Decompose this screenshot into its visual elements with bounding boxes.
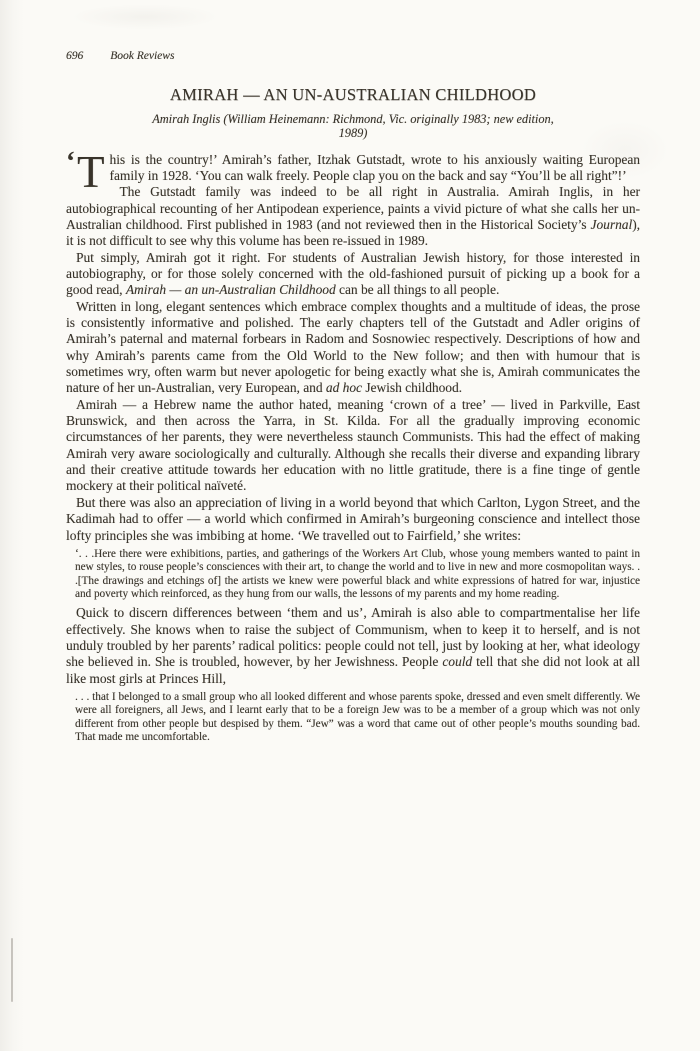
opening-paragraph: ‘This is the country!’ Amirah’s father, … — [66, 152, 640, 185]
scan-artifact-line — [11, 938, 13, 1002]
text-segment: Journal — [591, 217, 633, 232]
text-segment: his is the country!’ Amirah’s father, It… — [110, 152, 641, 183]
article-body: ‘This is the country!’ Amirah’s father, … — [66, 152, 640, 745]
text-segment: But there was also an appreciation of li… — [66, 495, 640, 543]
scan-smudge — [70, 4, 220, 30]
text-segment: ad hoc — [326, 380, 362, 395]
paragraph: Quick to discern differences between ‘th… — [66, 605, 640, 687]
paragraph: The Gutstadt family was indeed to be all… — [66, 184, 640, 249]
block-quote: ‘. . .Here there were exhibitions, parti… — [75, 548, 640, 601]
text-segment: Amirah — a Hebrew name the author hated,… — [66, 397, 640, 494]
scanned-page: 696 Book Reviews AMIRAH — AN UN-AUSTRALI… — [0, 0, 700, 1051]
paragraph: Written in long, elegant sentences which… — [66, 299, 640, 397]
text-segment: can be all things to all people. — [336, 282, 500, 297]
text-segment: . . . that I belonged to a small group w… — [75, 691, 640, 743]
scan-gutter-shadow — [0, 0, 24, 1051]
dropcap-letter: T — [76, 152, 110, 191]
text-segment: Jewish childhood. — [362, 380, 462, 395]
paragraph: Amirah — a Hebrew name the author hated,… — [66, 397, 640, 495]
text-segment: The Gutstadt family was indeed to be all… — [66, 184, 640, 232]
paragraph: But there was also an appreciation of li… — [66, 495, 640, 544]
text-segment: ‘. . .Here there were exhibitions, parti… — [75, 548, 640, 600]
text-segment: could — [442, 654, 472, 669]
citation-line-2: 1989) — [66, 127, 640, 141]
article-citation: Amirah Inglis (William Heinemann: Richmo… — [66, 113, 640, 141]
block-quote: . . . that I belonged to a small group w… — [75, 691, 640, 744]
text-segment: Amirah — an un-Australian Childhood — [126, 282, 336, 297]
page-number: 696 — [66, 50, 83, 63]
citation-line-1: Amirah Inglis (William Heinemann: Richmo… — [66, 113, 640, 127]
section-title: Book Reviews — [110, 50, 174, 63]
paragraph: Put simply, Amirah got it right. For stu… — [66, 250, 640, 299]
running-header: 696 Book Reviews — [66, 50, 640, 63]
lead-quote-mark: ‘ — [66, 149, 75, 173]
article-title: AMIRAH — AN UN-AUSTRALIAN CHILDHOOD — [66, 85, 640, 104]
